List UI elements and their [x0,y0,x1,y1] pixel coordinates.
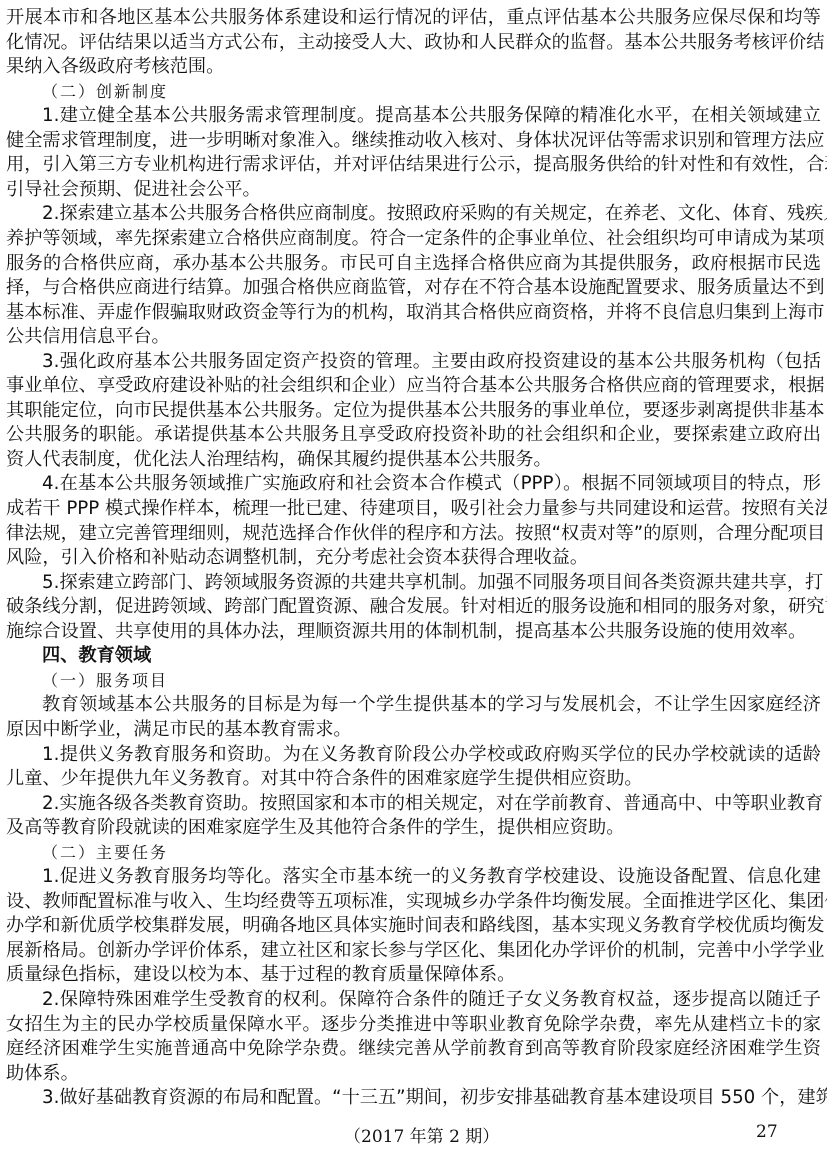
text-line: 质量绿色指标，建设以校为本、基于过程的教育质量保障体系。 [6,963,821,987]
text-line: 公共服务的职能。承诺提供基本公共服务且享受政府投资补助的社会组织和企业，要探索建… [6,423,821,447]
text-line: 其职能定位，向市民提供基本公共服务。定位为提供基本公共服务的事业单位，要逐步剥离… [6,399,821,423]
text-line: 服务的合格供应商，承办基本公共服务。市民可自主选择合格供应商为其提供服务，政府根… [6,252,821,276]
text-line: 2.保障特殊困难学生受教育的权利。保障符合条件的随迁子女义务教育权益，逐步提高以… [42,988,821,1012]
text-line: 破条线分割，促进跨领域、跨部门配置资源、融合发展。针对相近的服务设施和相同的服务… [6,595,821,619]
text-line: 施综合设置、共享使用的具体办法，理顺资源共用的体制机制，提高基本公共服务设施的使… [6,620,821,644]
text-line: 引导社会预期、促进社会公平。 [6,178,821,202]
section-heading: （二）主要任务 [42,841,821,865]
footer-issue-label: （2017 年第 2 期） [344,1122,499,1147]
text-line: 女招生为主的民办学校质量保障水平。逐步分类推进中等职业教育免除学杂费，率先从建档… [6,1013,821,1037]
text-line: 果纳入各级政府考核范围。 [6,55,821,79]
text-line: 教育领域基本公共服务的目标是为每一个学生提供基本的学习与发展机会，不让学生因家庭… [42,693,821,717]
text-line: 助体系。 [6,1062,821,1086]
text-line: 展新格局。创新办学评价体系，建立社区和家长参与学区化、集团化办学评价的机制，完善… [6,939,821,963]
section-heading: （一）服务项目 [42,669,821,693]
section-heading: 四、教育领域 [42,644,821,668]
text-line: 1.提供义务教育服务和资助。为在义务教育阶段公办学校或政府购买学位的民办学校就读… [42,743,821,767]
text-line: 及高等教育阶段就读的困难家庭学生及其他符合条件的学生，提供相应资助。 [6,816,821,840]
text-line: 1.建立健全基本公共服务需求管理制度。提高基本公共服务保障的精准化水平，在相关领… [42,104,821,128]
text-line: 儿童、少年提供九年义务教育。对其中符合条件的困难家庭学生提供相应资助。 [6,767,821,791]
text-line: 基本标准、弄虚作假骗取财政资金等行为的机构，取消其合格供应商资格，并将不良信息归… [6,301,821,325]
text-line: 1.促进义务教育服务均等化。落实全市基本统一的义务教育学校建设、设施设备配置、信… [42,865,821,889]
text-line: 2.探索建立基本公共服务合格供应商制度。按照政府采购的有关规定，在养老、文化、体… [42,202,821,226]
text-line: 办学和新优质学校集群发展，明确各地区具体实施时间表和路线图，基本实现义务教育学校… [6,914,821,938]
text-line: 5.探索建立跨部门、跨领域服务资源的共建共享机制。加强不同服务项目间各类资源共建… [42,571,821,595]
text-line: 公共信用信息平台。 [6,325,821,349]
text-line: 开展本市和各地区基本公共服务体系建设和运行情况的评估，重点评估基本公共服务应保尽… [6,6,821,30]
text-line: 择，与合格供应商进行结算。加强合格供应商监管，对存在不符合基本设施配置要求、服务… [6,276,821,300]
text-line: 律法规，建立完善管理细则，规范选择合作伙伴的程序和方法。按照“权责对等”的原则，… [6,522,821,546]
text-line: 设、教师配置标准与收入、生均经费等五项标准，实现城乡办学条件均衡发展。全面推进学… [6,890,821,914]
text-line: 3.做好基础教育资源的布局和配置。“十三五”期间，初步安排基础教育基本建设项目 … [42,1086,821,1110]
text-line: 2.实施各级各类教育资助。按照国家和本市的相关规定，对在学前教育、普通高中、中等… [42,792,821,816]
page-number: 27 [756,1122,778,1142]
text-line: 用，引入第三方专业机构进行需求评估，并对评估结果进行公示，提高服务供给的针对性和… [6,153,821,177]
text-line: 资人代表制度，优化法人治理结构，确保其履约提供基本公共服务。 [6,448,821,472]
text-line: 事业单位、享受政府建设补贴的社会组织和企业）应当符合基本公共服务合格供应商的管理… [6,374,821,398]
document-page: 开展本市和各地区基本公共服务体系建设和运行情况的评估，重点评估基本公共服务应保尽… [0,0,827,1170]
text-line: 化情况。评估结果以适当方式公布，主动接受人大、政协和人民群众的监督。基本公共服务… [6,31,821,55]
text-line: 健全需求管理制度，进一步明晰对象准入。继续推动收入核对、身体状况评估等需求识别和… [6,129,821,153]
text-line: 原因中断学业，满足市民的基本教育需求。 [6,718,821,742]
text-line: 4.在基本公共服务领域推广实施政府和社会资本合作模式（PPP）。根据不同领域项目… [42,472,821,496]
text-line: 3.强化政府基本公共服务固定资产投资的管理。主要由政府投资建设的基本公共服务机构… [42,350,821,374]
text-line: 风险，引入价格和补贴动态调整机制，充分考虑社会资本获得合理收益。 [6,546,821,570]
text-line: 养护等领域，率先探索建立合格供应商制度。符合一定条件的企事业单位、社会组织均可申… [6,227,821,251]
section-heading: （二）创新制度 [42,80,821,104]
text-line: 成若干 PPP 模式操作样本，梳理一批已建、待建项目，吸引社会力量参与共同建设和… [6,497,821,521]
text-line: 庭经济困难学生实施普通高中免除学杂费。继续完善从学前教育到高等教育阶段家庭经济困… [6,1037,821,1061]
